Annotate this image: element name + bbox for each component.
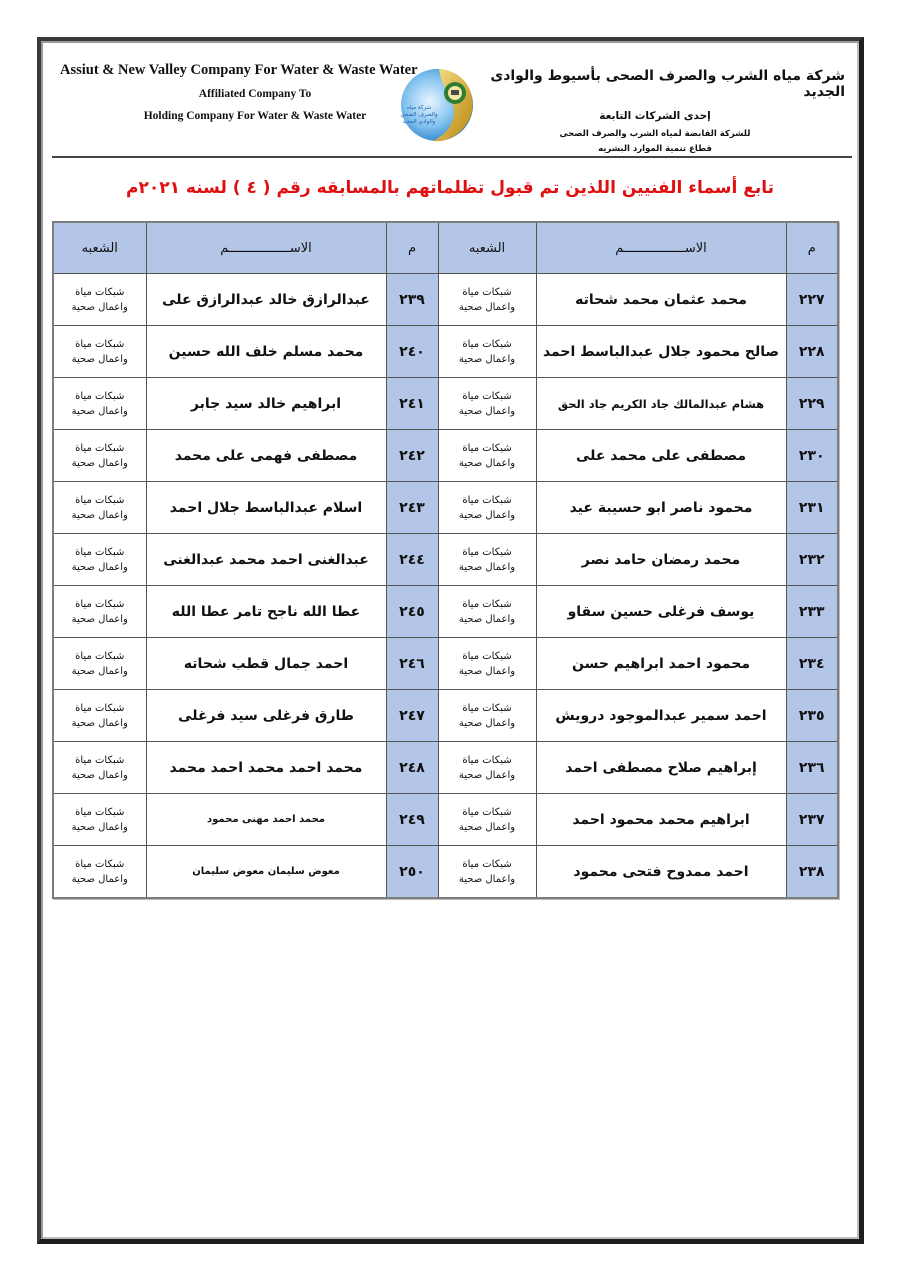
branch-line-1: شبكات مياة xyxy=(54,805,146,820)
branch-line-2: واعمال صحية xyxy=(439,560,536,575)
technician-name: مصطفى على محمد على xyxy=(536,430,786,482)
technician-name: محمد رمضان حامد نصر xyxy=(536,534,786,586)
arabic-header: شركة مياه الشرب والصرف الصحى بأسيوط والو… xyxy=(485,68,845,154)
company-name-ar: شركة مياه الشرب والصرف الصحى بأسيوط والو… xyxy=(485,68,845,100)
branch-line-1: شبكات مياة xyxy=(54,545,146,560)
branch-line-1: شبكات مياة xyxy=(439,337,536,352)
row-number: ٢٤٢ xyxy=(386,430,438,482)
technician-name: احمد ممدوح فتحى محمود xyxy=(536,846,786,899)
branch-cell: شبكات مياةواعمال صحية xyxy=(438,690,536,742)
row-number: ٢٣٤ xyxy=(786,638,838,690)
branch-line-1: شبكات مياة xyxy=(54,649,146,664)
branch-line-2: واعمال صحية xyxy=(439,456,536,471)
table-row: ٢٢٧محمد عثمان محمد شحاتهشبكات مياةواعمال… xyxy=(53,274,838,326)
branch-cell: شبكات مياةواعمال صحية xyxy=(53,482,146,534)
header-branch: الشعبه xyxy=(438,222,536,274)
branch-line-2: واعمال صحية xyxy=(439,352,536,367)
branch-line-2: واعمال صحية xyxy=(439,508,536,523)
branch-line-2: واعمال صحية xyxy=(54,872,146,887)
row-number: ٢٢٨ xyxy=(786,326,838,378)
branch-line-1: شبكات مياة xyxy=(439,649,536,664)
row-number: ٢٤١ xyxy=(386,378,438,430)
table-row: ٢٣٢محمد رمضان حامد نصرشبكات مياةواعمال ص… xyxy=(53,534,838,586)
branch-line-1: شبكات مياة xyxy=(54,493,146,508)
row-number: ٢٢٩ xyxy=(786,378,838,430)
technician-name: طارق فرغلى سيد فرغلى xyxy=(146,690,386,742)
technician-name: محمد عثمان محمد شحاته xyxy=(536,274,786,326)
branch-line-1: شبكات مياة xyxy=(439,805,536,820)
branch-cell: شبكات مياةواعمال صحية xyxy=(53,378,146,430)
technician-name: احمد جمال قطب شحاته xyxy=(146,638,386,690)
branch-cell: شبكات مياةواعمال صحية xyxy=(53,326,146,378)
branch-line-2: واعمال صحية xyxy=(439,872,536,887)
branch-line-1: شبكات مياة xyxy=(439,441,536,456)
branch-cell: شبكات مياةواعمال صحية xyxy=(438,742,536,794)
technicians-table: م الاســــــــــــــــم الشعبه م الاســـ… xyxy=(52,221,839,899)
branch-line-2: واعمال صحية xyxy=(54,664,146,679)
technician-name: إبراهيم صلاح مصطفى احمد xyxy=(536,742,786,794)
affiliation-ar: إحدى الشركات التابعة xyxy=(485,110,845,122)
branch-cell: شبكات مياةواعمال صحية xyxy=(438,586,536,638)
branch-line-2: واعمال صحية xyxy=(439,820,536,835)
table-row: ٢٣٤محمود احمد ابراهيم حسنشبكات مياةواعما… xyxy=(53,638,838,690)
row-number: ٢٤٦ xyxy=(386,638,438,690)
row-number: ٢٤٨ xyxy=(386,742,438,794)
technician-name: ابراهيم محمد محمود احمد xyxy=(536,794,786,846)
branch-line-2: واعمال صحية xyxy=(439,716,536,731)
branch-cell: شبكات مياةواعمال صحية xyxy=(53,586,146,638)
row-number: ٢٤٩ xyxy=(386,794,438,846)
branch-cell: شبكات مياةواعمال صحية xyxy=(438,482,536,534)
branch-line-2: واعمال صحية xyxy=(54,508,146,523)
technician-name: اسلام عبدالباسط جلال احمد xyxy=(146,482,386,534)
branch-cell: شبكات مياةواعمال صحية xyxy=(438,326,536,378)
technician-name: هشام عبدالمالك جاد الكريم جاد الحق xyxy=(536,378,786,430)
branch-line-1: شبكات مياة xyxy=(439,597,536,612)
row-number: ٢٥٠ xyxy=(386,846,438,899)
branch-cell: شبكات مياةواعمال صحية xyxy=(438,430,536,482)
company-logo-icon: شركة مياه والصرف الصحي والوادي الجديد xyxy=(397,63,477,143)
document-title: تابع أسماء الفنيين اللذين تم قبول تظلمات… xyxy=(120,178,780,198)
row-number: ٢٣٦ xyxy=(786,742,838,794)
technician-name: معوض سليمان معوض سليمان xyxy=(146,846,386,899)
branch-cell: شبكات مياةواعمال صحية xyxy=(53,690,146,742)
branch-line-1: شبكات مياة xyxy=(54,441,146,456)
technician-name: محمد مسلم خلف الله حسين xyxy=(146,326,386,378)
branch-line-2: واعمال صحية xyxy=(439,612,536,627)
header-num: م xyxy=(386,222,438,274)
row-number: ٢٣٠ xyxy=(786,430,838,482)
branch-line-2: واعمال صحية xyxy=(54,612,146,627)
row-number: ٢٤٣ xyxy=(386,482,438,534)
technician-name: عبدالرازق خالد عبدالرازق على xyxy=(146,274,386,326)
row-number: ٢٣٧ xyxy=(786,794,838,846)
branch-cell: شبكات مياةواعمال صحية xyxy=(438,794,536,846)
row-number: ٢٢٧ xyxy=(786,274,838,326)
row-number: ٢٤٧ xyxy=(386,690,438,742)
branch-cell: شبكات مياةواعمال صحية xyxy=(53,274,146,326)
table-row: ٢٣٥احمد سمير عبدالموجود درويششبكات مياةو… xyxy=(53,690,838,742)
branch-line-1: شبكات مياة xyxy=(54,389,146,404)
technician-name: عطا الله ناجح تامر عطا الله xyxy=(146,586,386,638)
header-branch: الشعبه xyxy=(53,222,146,274)
branch-line-2: واعمال صحية xyxy=(54,560,146,575)
row-number: ٢٣٥ xyxy=(786,690,838,742)
branch-line-2: واعمال صحية xyxy=(439,404,536,419)
branch-line-1: شبكات مياة xyxy=(439,701,536,716)
branch-cell: شبكات مياةواعمال صحية xyxy=(438,534,536,586)
technician-name: صالح محمود جلال عبدالباسط احمد xyxy=(536,326,786,378)
table-row: ٢٣١محمود ناصر ابو حسيبة عيدشبكات مياةواع… xyxy=(53,482,838,534)
technician-name: مصطفى فهمى على محمد xyxy=(146,430,386,482)
department-ar: قطاع تنمية الموارد البشريه xyxy=(485,144,845,154)
technician-name: عبدالغنى احمد محمد عبدالغنى xyxy=(146,534,386,586)
table-row: ٢٣٠مصطفى على محمد علىشبكات مياةواعمال صح… xyxy=(53,430,838,482)
technician-name: محمود ناصر ابو حسيبة عيد xyxy=(536,482,786,534)
table-row: ٢٣٦إبراهيم صلاح مصطفى احمدشبكات مياةواعم… xyxy=(53,742,838,794)
branch-line-2: واعمال صحية xyxy=(54,404,146,419)
branch-line-2: واعمال صحية xyxy=(439,300,536,315)
technician-name: ابراهيم خالد سيد جابر xyxy=(146,378,386,430)
table-row: ٢٢٨صالح محمود جلال عبدالباسط احمدشبكات م… xyxy=(53,326,838,378)
technician-name: احمد سمير عبدالموجود درويش xyxy=(536,690,786,742)
branch-cell: شبكات مياةواعمال صحية xyxy=(438,378,536,430)
row-number: ٢٤٠ xyxy=(386,326,438,378)
branch-line-2: واعمال صحية xyxy=(54,820,146,835)
row-number: ٢٤٤ xyxy=(386,534,438,586)
branch-cell: شبكات مياةواعمال صحية xyxy=(438,846,536,899)
branch-line-1: شبكات مياة xyxy=(54,337,146,352)
technician-name: محمد احمد مهنى محمود xyxy=(146,794,386,846)
branch-line-2: واعمال صحية xyxy=(54,768,146,783)
branch-line-1: شبكات مياة xyxy=(439,545,536,560)
branch-cell: شبكات مياةواعمال صحية xyxy=(53,638,146,690)
table-row: ٢٣٧ابراهيم محمد محمود احمدشبكات مياةواعم… xyxy=(53,794,838,846)
header-divider xyxy=(52,156,852,158)
svg-text:والصرف الصحي: والصرف الصحي xyxy=(400,112,438,118)
row-number: ٢٣٩ xyxy=(386,274,438,326)
branch-line-1: شبكات مياة xyxy=(439,857,536,872)
branch-cell: شبكات مياةواعمال صحية xyxy=(53,794,146,846)
branch-line-1: شبكات مياة xyxy=(54,857,146,872)
branch-line-1: شبكات مياة xyxy=(439,753,536,768)
row-number: ٢٣٢ xyxy=(786,534,838,586)
branch-line-1: شبكات مياة xyxy=(439,285,536,300)
row-number: ٢٣٣ xyxy=(786,586,838,638)
row-number: ٢٤٥ xyxy=(386,586,438,638)
table-header-row: م الاســــــــــــــــم الشعبه م الاســـ… xyxy=(53,222,838,274)
branch-line-1: شبكات مياة xyxy=(54,701,146,716)
branch-line-2: واعمال صحية xyxy=(439,664,536,679)
svg-text:والوادي الجديد: والوادي الجديد xyxy=(403,119,436,125)
header-num: م xyxy=(786,222,838,274)
branch-line-2: واعمال صحية xyxy=(439,768,536,783)
technician-name: محمد احمد محمد احمد محمد xyxy=(146,742,386,794)
table-row: ٢٢٩هشام عبدالمالك جاد الكريم جاد الحقشبك… xyxy=(53,378,838,430)
branch-line-2: واعمال صحية xyxy=(54,300,146,315)
branch-line-2: واعمال صحية xyxy=(54,352,146,367)
branch-line-2: واعمال صحية xyxy=(54,456,146,471)
holding-company-ar: للشركة القابضة لمياه الشرب والصرف الصحى xyxy=(485,129,845,139)
technician-name: محمود احمد ابراهيم حسن xyxy=(536,638,786,690)
branch-line-2: واعمال صحية xyxy=(54,716,146,731)
branch-line-1: شبكات مياة xyxy=(54,753,146,768)
row-number: ٢٣١ xyxy=(786,482,838,534)
table-row: ٢٣٨احمد ممدوح فتحى محمودشبكات مياةواعمال… xyxy=(53,846,838,899)
svg-text:شركة مياه: شركة مياه xyxy=(407,104,432,111)
branch-cell: شبكات مياةواعمال صحية xyxy=(53,534,146,586)
branch-line-1: شبكات مياة xyxy=(439,389,536,404)
branch-cell: شبكات مياةواعمال صحية xyxy=(53,846,146,899)
branch-line-1: شبكات مياة xyxy=(439,493,536,508)
technician-name: يوسف فرغلى حسين سقاو xyxy=(536,586,786,638)
table-row: ٢٣٣يوسف فرغلى حسين سقاوشبكات مياةواعمال … xyxy=(53,586,838,638)
header-name: الاســــــــــــــــم xyxy=(536,222,786,274)
header-name: الاســــــــــــــــم xyxy=(146,222,386,274)
row-number: ٢٣٨ xyxy=(786,846,838,899)
branch-cell: شبكات مياةواعمال صحية xyxy=(53,742,146,794)
branch-line-1: شبكات مياة xyxy=(54,597,146,612)
branch-cell: شبكات مياةواعمال صحية xyxy=(438,274,536,326)
branch-cell: شبكات مياةواعمال صحية xyxy=(438,638,536,690)
branch-line-1: شبكات مياة xyxy=(54,285,146,300)
branch-cell: شبكات مياةواعمال صحية xyxy=(53,430,146,482)
